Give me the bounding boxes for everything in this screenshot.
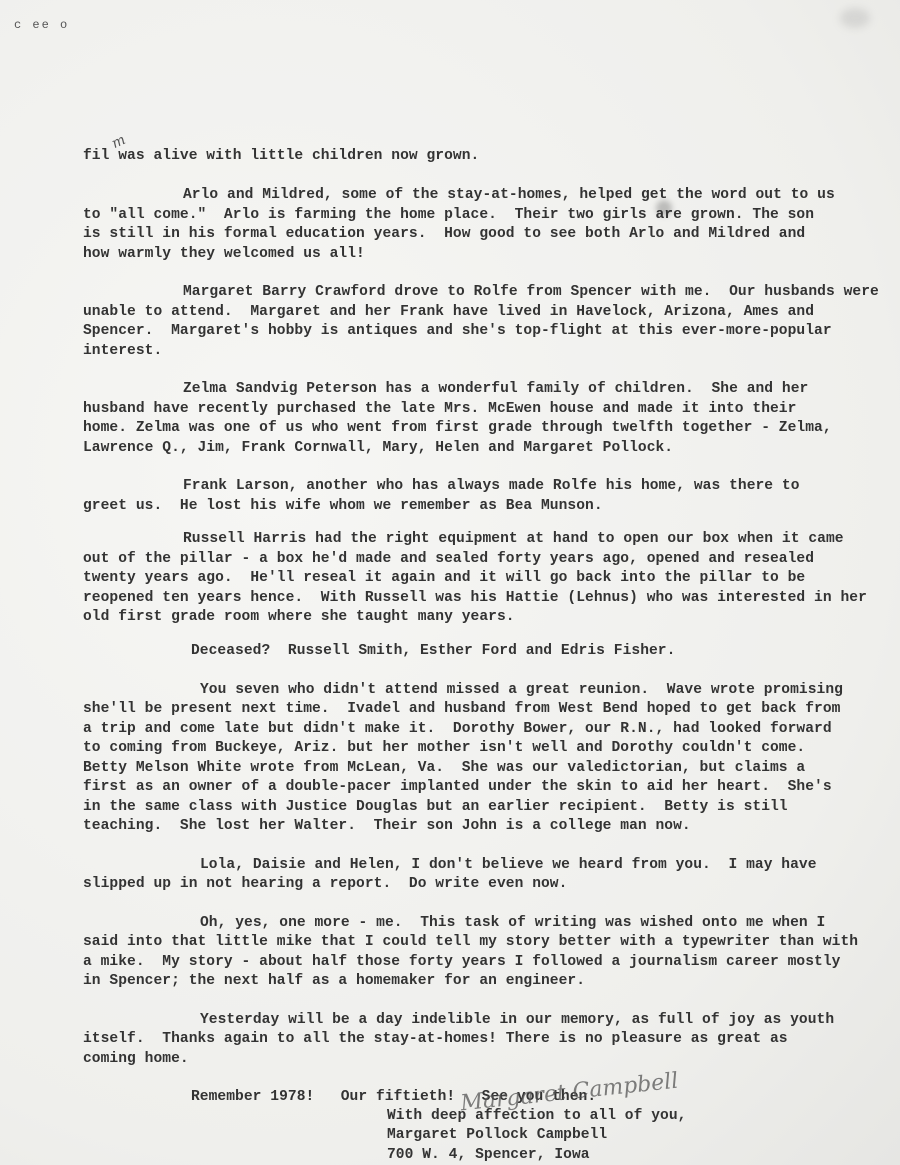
letter-line: is still in his formal education years. …: [83, 225, 805, 245]
letter-line: Russell Harris had the right equipment a…: [183, 530, 844, 550]
letter-line: in the same class with Justice Douglas b…: [83, 798, 788, 818]
letter-line: she'll be present next time. Ivadel and …: [83, 700, 840, 720]
letter-line: in Spencer; the next half as a homemaker…: [83, 972, 585, 992]
letter-line: out of the pillar - a box he'd made and …: [83, 550, 814, 570]
author-address: 700 W. 4, Spencer, Iowa: [387, 1146, 590, 1165]
letter-line: old first grade room where she taught ma…: [83, 608, 515, 628]
letter-line: said into that little mike that I could …: [83, 933, 858, 953]
typewritten-letter-page: c ee o m fil was alive with little child…: [0, 0, 900, 1165]
letter-line: interest.: [83, 342, 162, 362]
letter-line: Arlo and Mildred, some of the stay-at-ho…: [183, 186, 835, 206]
letter-line: You seven who didn't attend missed a gre…: [200, 681, 843, 701]
letter-line: reopened ten years hence. With Russell w…: [83, 589, 867, 609]
letter-line: teaching. She lost her Walter. Their son…: [83, 817, 691, 837]
letter-line: first as an owner of a double-pacer impl…: [83, 778, 832, 798]
letter-line: Spencer. Margaret's hobby is antiques an…: [83, 322, 832, 342]
letter-line: to "all come." Arlo is farming the home …: [83, 206, 814, 226]
letter-line: Margaret Barry Crawford drove to Rolfe f…: [183, 283, 879, 303]
letter-line: husband have recently purchased the late…: [83, 400, 796, 420]
letter-line: Oh, yes, one more - me. This task of wri…: [200, 914, 825, 934]
closing-salutation: With deep affection to all of you,: [387, 1107, 686, 1127]
letter-line: a mike. My story - about half those fort…: [83, 953, 840, 973]
corner-marks: c ee o: [14, 18, 69, 32]
letter-line: Lawrence Q., Jim, Frank Cornwall, Mary, …: [83, 439, 673, 459]
letter-line: twenty years ago. He'll reseal it again …: [83, 569, 805, 589]
letter-line: fil was alive with little children now g…: [83, 147, 479, 167]
letter-line: how warmly they welcomed us all!: [83, 245, 365, 265]
letter-line: slipped up in not hearing a report. Do w…: [83, 875, 567, 895]
letter-line: Frank Larson, another who has always mad…: [183, 477, 800, 497]
letter-line: Yesterday will be a day indelible in our…: [200, 1011, 834, 1031]
letter-line: home. Zelma was one of us who went from …: [83, 419, 832, 439]
letter-line: a trip and come late but didn't make it.…: [83, 720, 832, 740]
letter-line: to coming from Buckeye, Ariz. but her mo…: [83, 739, 805, 759]
letter-line: coming home.: [83, 1050, 189, 1070]
letter-line: greet us. He lost his wife whom we remem…: [83, 497, 603, 517]
letter-line: Deceased? Russell Smith, Esther Ford and…: [191, 642, 675, 662]
letter-line: itself. Thanks again to all the stay-at-…: [83, 1030, 788, 1050]
letter-line: Betty Melson White wrote from McLean, Va…: [83, 759, 805, 779]
letter-line: Lola, Daisie and Helen, I don't believe …: [200, 856, 817, 876]
letter-line: unable to attend. Margaret and her Frank…: [83, 303, 814, 323]
paper-smudge: [840, 8, 870, 28]
letter-line: Zelma Sandvig Peterson has a wonderful f…: [183, 380, 808, 400]
author-name: Margaret Pollock Campbell: [387, 1126, 607, 1146]
